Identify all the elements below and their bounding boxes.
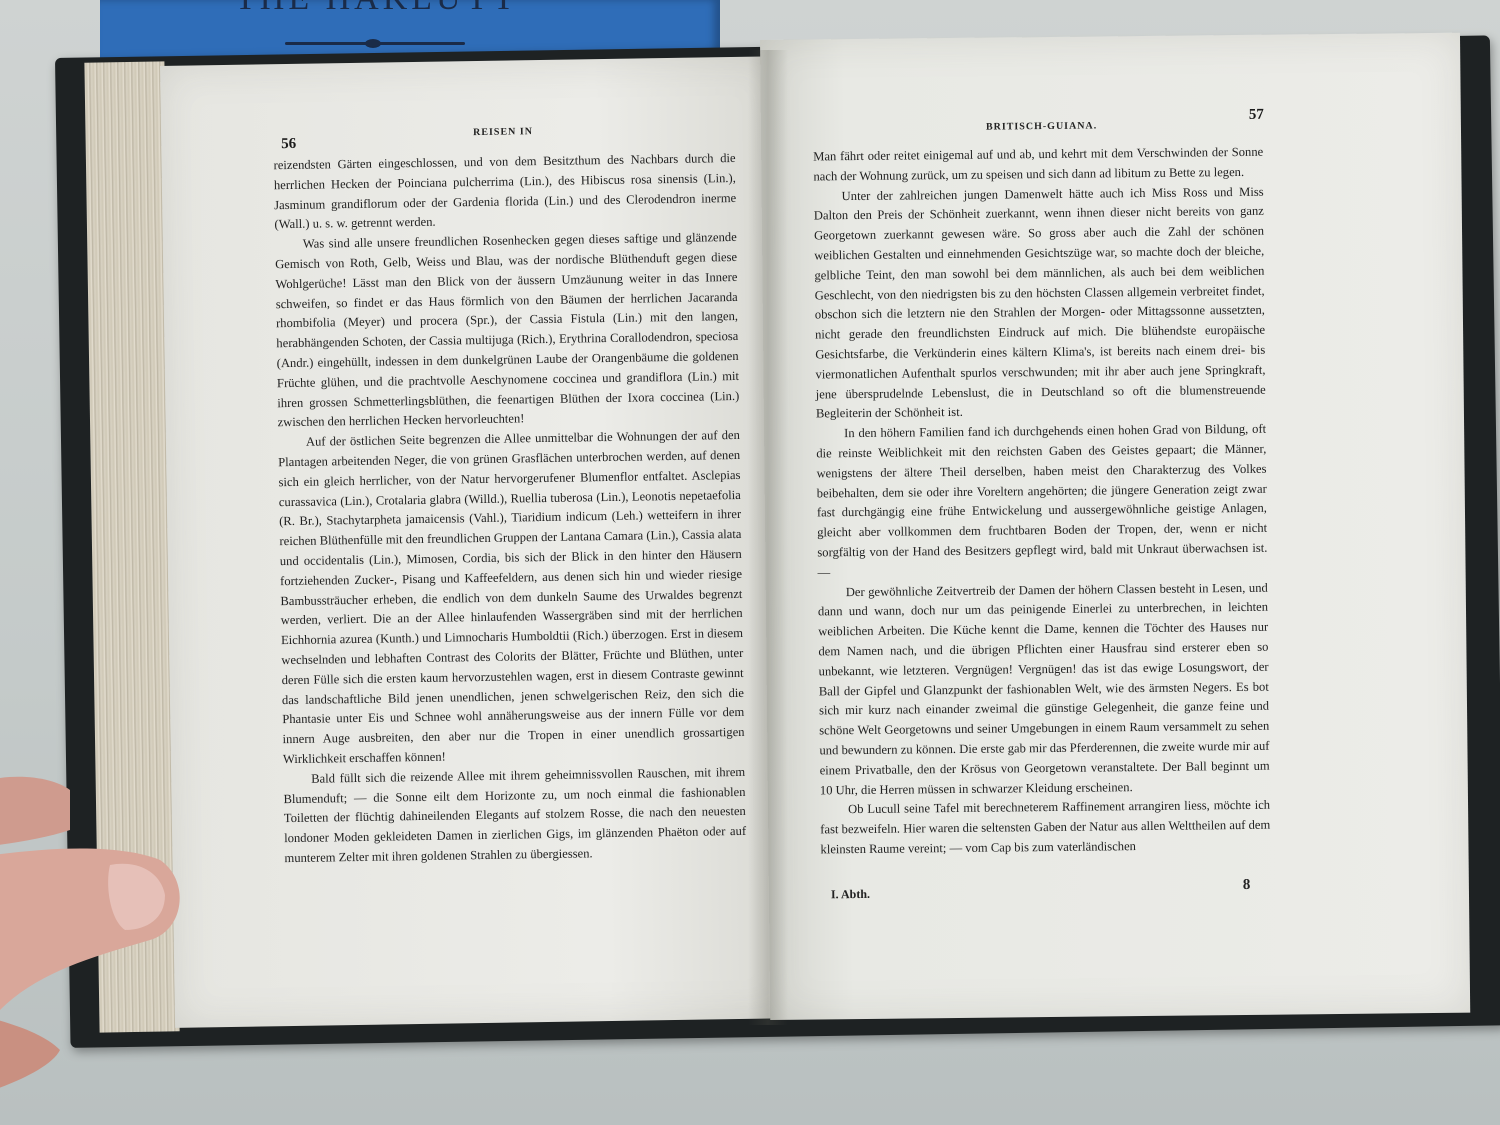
paragraph: Bald füllt sich die reizende Allee mit i…	[283, 763, 746, 869]
sheet-number: 8	[1243, 877, 1251, 894]
ornament-divider	[285, 42, 465, 45]
paragraph: Man fährt oder reitet einigemal auf und …	[813, 143, 1263, 187]
paragraph: reizendsten Gärten eingeschlossen, und v…	[273, 149, 736, 235]
hand-holding-book	[0, 770, 190, 1100]
paragraph: Auf der östlichen Seite begrenzen die Al…	[278, 426, 745, 770]
signature-mark: I. Abth.	[831, 887, 870, 902]
left-page-number: 56	[281, 136, 296, 153]
right-page-body: Man fährt oder reitet einigemal auf und …	[813, 143, 1270, 860]
left-page-body: reizendsten Gärten eingeschlossen, und v…	[273, 149, 746, 869]
blue-book-title: THE HAKLUYT	[235, 0, 518, 18]
right-page-number: 57	[1249, 107, 1264, 124]
left-page: 56 REISEN IN reizendsten Gärten eingesch…	[160, 56, 795, 1028]
paragraph: Was sind alle unsere freundlichen Rosenh…	[275, 228, 740, 433]
left-running-head: REISEN IN	[473, 126, 533, 138]
paragraph: Der gewöhnliche Zeitvertreib der Damen d…	[818, 578, 1270, 800]
book-gutter	[748, 50, 788, 1025]
paragraph: Ob Lucull seine Tafel mit berechneterem …	[820, 796, 1271, 860]
right-running-head: BRITISCH-GUIANA.	[986, 120, 1097, 132]
paragraph: Unter der zahlreichen jungen Damenwelt h…	[814, 182, 1266, 424]
right-page: 57 BRITISCH-GUIANA. Man fährt oder reite…	[760, 33, 1470, 1020]
paragraph: In den höhern Familien fand ich durchgeh…	[816, 420, 1268, 583]
